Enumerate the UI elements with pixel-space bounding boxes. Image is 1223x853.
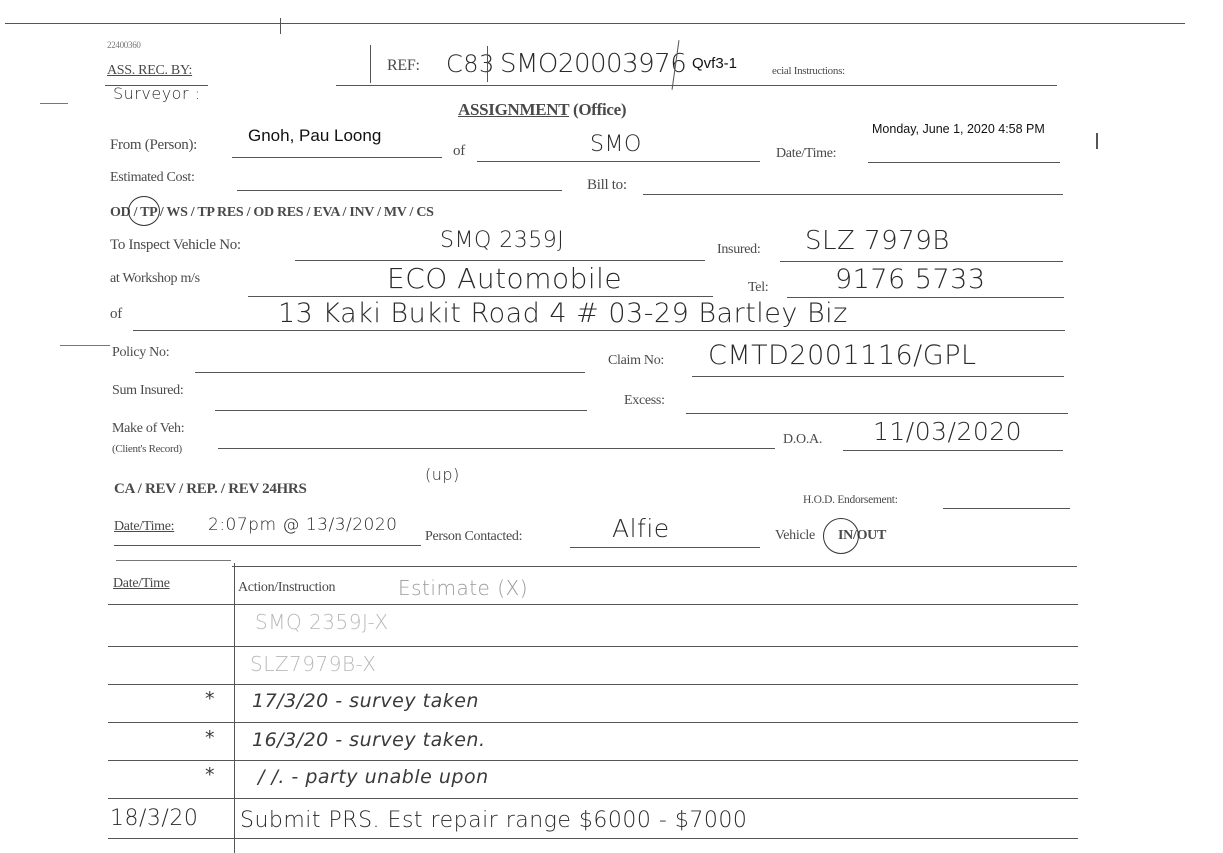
contact-date-time-label: Date/Time: [114,519,174,535]
person-contacted-value[interactable]: Alfie [612,514,670,543]
log-column-divider [234,563,235,853]
make-of-veh-sublabel: (Client's Record) [112,443,182,455]
top-border-line [5,23,1185,24]
make-of-veh-line [218,448,775,449]
doa-value[interactable]: 11/03/2020 [873,417,1022,446]
person-contacted-line [570,547,760,548]
log-row-rule-6 [108,798,1078,799]
address-value[interactable]: 13 Kaki Bukit Road 4 # 03-29 Bartley Biz [278,298,848,329]
insured-label: Insured: [717,242,760,258]
claim-no-label: Claim No: [608,353,664,369]
tel-value[interactable]: 9176 5733 [835,264,986,295]
log-row-1-action: SMQ 2359J-X [255,610,389,634]
bill-to-line [643,194,1063,195]
claim-no-line [692,376,1064,377]
header-rule [217,85,1057,86]
form-title-text: ASSIGNMENT [458,100,569,119]
policy-left-dash [60,345,110,346]
log-top-rule [232,566,1077,567]
of-line [477,161,760,162]
address-label: of [110,306,122,323]
special-instructions-label: ecial Instructions: [772,65,845,77]
doa-label: D.O.A. [783,432,822,448]
log-row-rule-7 [108,838,1078,839]
surveyor-redaction [208,84,336,106]
log-row-rule-5 [108,760,1078,761]
estimated-cost-label: Estimated Cost: [110,170,195,186]
date-time-value[interactable]: Monday, June 1, 2020 4:58 PM [866,120,1051,152]
top-code: 22400360 [107,40,141,50]
excess-line [686,413,1068,414]
insured-value[interactable]: SLZ 7979B [805,226,950,256]
vehicle-no-label: To Inspect Vehicle No: [110,237,241,254]
address-line [133,330,1065,331]
ref-divider-left [370,45,371,83]
from-person-label: From (Person): [110,137,197,154]
contact-date-time-value[interactable]: 2:07pm @ 13/3/2020 [208,515,398,535]
tel-label: Tel: [748,280,768,296]
workshop-label: at Workshop m/s [110,271,200,287]
log-header-note: Estimate (X) [398,576,528,600]
policy-no-label: Policy No: [112,345,169,361]
insured-line [780,261,1063,262]
tp-selection-circle [128,196,160,226]
ref-overlay-label: Qvf3-1 [688,52,776,92]
form-title-suffix: (Office) [573,100,626,119]
log-row-rule-1 [108,604,1078,605]
policy-no-line [195,372,585,373]
surveyor-label: Surveyor : [113,84,201,103]
service-annotation: (up) [425,465,460,484]
log-row-5-date: * [205,764,215,786]
scan-mark-left [40,103,68,104]
of-value[interactable]: SMO [590,132,642,157]
form-title: ASSIGNMENT (Office) [458,100,626,120]
log-row-3-action: 17/3/20 - survey taken [252,690,479,712]
contact-date-time-line [114,545,421,546]
vehicle-no-line [295,260,705,261]
top-tick-left [280,18,281,34]
excess-label: Excess: [624,393,665,409]
sum-insured-label: Sum Insured: [112,383,183,399]
log-row-5-action: / /. - party unable upon [258,766,489,788]
estimated-cost-line [237,190,562,191]
ref-divider-mid [487,46,488,82]
log-row-2-action: SLZ7979B-X [250,652,376,676]
log-row-rule-3 [108,684,1078,685]
vehicle-no-value[interactable]: SMQ 2359J [440,228,564,253]
log-row-rule-4 [108,722,1078,723]
log-row-3-date: * [205,688,215,710]
person-contacted-label: Person Contacted: [425,529,522,545]
claim-no-value[interactable]: CMTD2001116/GPL [708,340,977,371]
of-label: of [453,143,465,160]
from-person-line [232,157,442,158]
make-of-veh-label: Make of Veh: [112,421,184,437]
date-time-label: Date/Time: [776,146,836,162]
date-time-line [868,162,1060,163]
service-options: CA / REV / REP. / REV 24HRS [114,481,307,498]
log-row-4-date: * [205,727,215,749]
workshop-value[interactable]: ECO Automobile [387,262,622,295]
doa-line [843,450,1063,451]
workshop-line [248,296,713,297]
vehicle-status-out[interactable]: OUT [857,528,886,543]
below-contact-dash [116,560,231,561]
log-row-6-date: 18/3/20 [110,806,198,831]
sum-insured-line [215,410,587,411]
bill-to-label: Bill to: [587,177,627,194]
ass-rec-by-label: ASS. REC. BY: [107,63,192,79]
scan-mark-right [1096,133,1098,149]
log-row-rule-2 [108,646,1078,647]
log-header-date-time: Date/Time [113,576,170,592]
log-row-4-action: 16/3/20 - survey taken. [252,729,486,751]
from-person-value[interactable]: Gnoh, Pau Loong [242,124,387,148]
log-header-action: Action/Instruction [238,580,335,596]
log-row-6-action: Submit PRS. Est repair range $6000 - $70… [240,808,747,833]
hod-endorsement-label: H.O.D. Endorsement: [803,494,898,506]
vehicle-in-selection-circle [823,518,859,554]
ref-label: REF: [387,57,420,75]
hod-endorsement-line [943,508,1070,509]
vehicle-status-label: Vehicle [775,528,815,544]
ref-number: SMO20003976 [500,49,686,79]
